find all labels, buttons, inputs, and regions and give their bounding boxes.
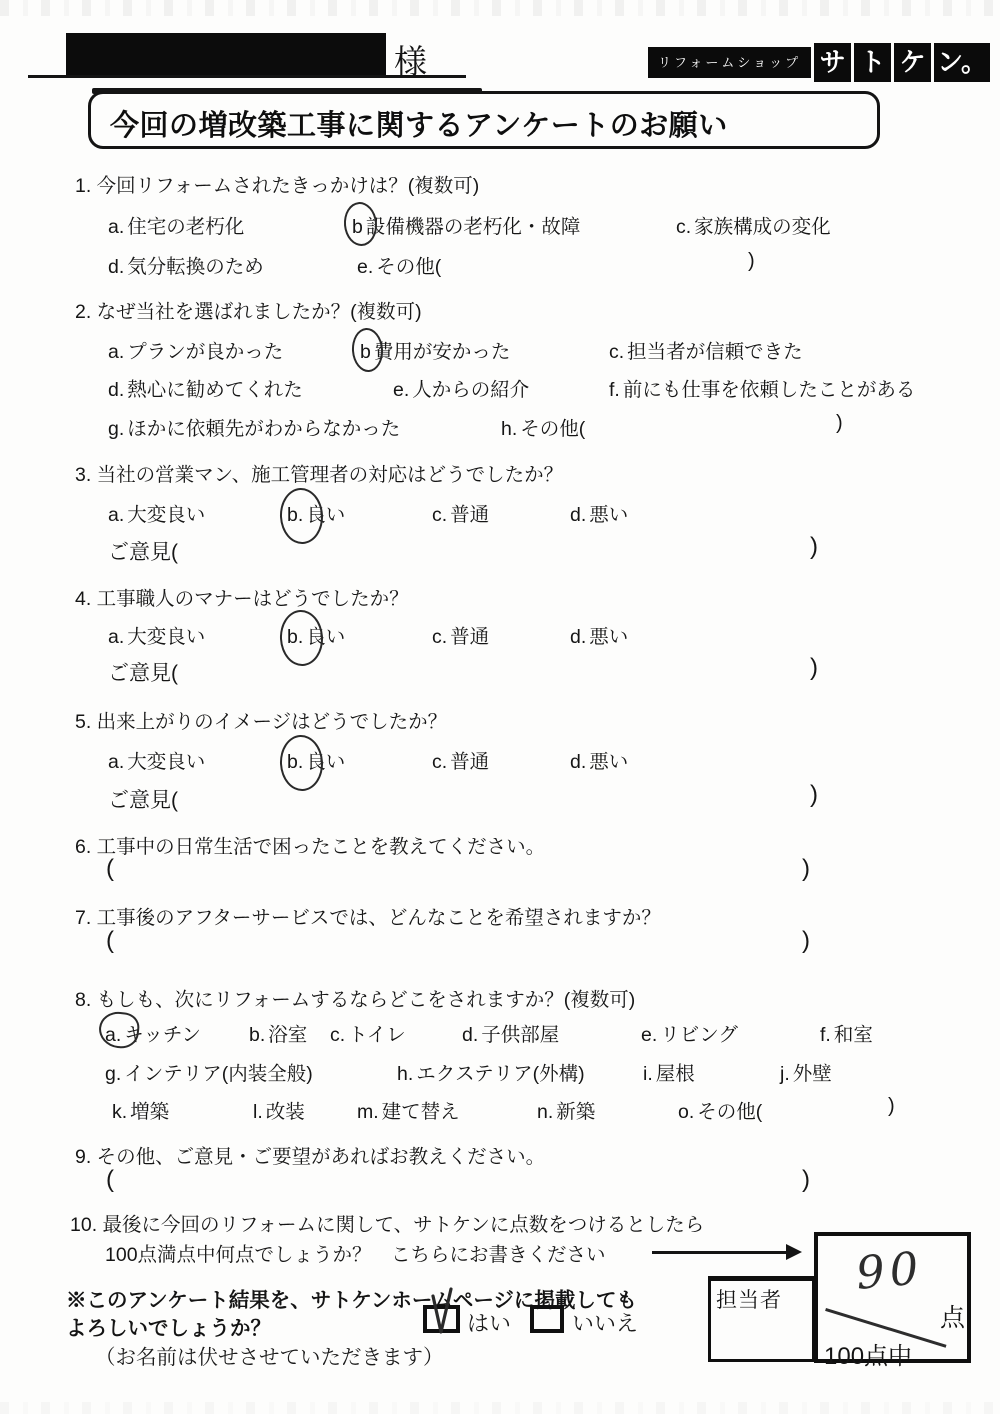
q4-option-d: d.悪い [570,621,628,649]
checkbox-no [530,1305,564,1333]
survey-sheet: 様 リフォームショップ サ ト ケ ン。 今回の増改築工事に関するアンケートのお… [0,0,1000,1414]
q7-open-paren: ( [106,927,114,955]
q8-option-c: c.トイレ [330,1019,406,1047]
question-5-heading: 5. 出来上がりのイメージはどうでしたか？ [75,706,447,734]
q3-opinion-close-paren: ) [810,533,818,561]
q9-close-paren: ) [802,1166,810,1194]
q2-option-e: e.人からの紹介 [393,374,529,402]
q8-option-j: j.外壁 [780,1058,832,1086]
question-3-heading: 3. 当社の営業マン、施工管理者の対応はどうでしたか？ [75,459,563,487]
question-8-heading: 8. もしも、次にリフォームするならどこをされますか？(複数可) [75,984,635,1012]
q1-option-e: e.その他( [357,251,441,279]
arrow-head-icon [786,1244,802,1260]
q8-option-f: f.和室 [820,1019,873,1047]
staff-label: 担当者 [716,1284,782,1314]
checkbox-yes [423,1305,460,1333]
score-unit: 点 [940,1298,965,1334]
q8-other-close-paren: ) [888,1095,895,1118]
q8-option-i: i.屋根 [643,1058,695,1086]
q3-option-a: a.大変良い [108,499,205,527]
q3-opinion-label: ご意見( [108,536,178,566]
q2-option-g: g.ほかに依頼先がわからなかった [108,413,400,441]
q1-other-close-paren: ) [748,250,755,273]
q1-option-c: c.家族構成の変化 [676,211,831,239]
q8-option-o: o.その他( [678,1096,762,1124]
q1-option-b: b設備機器の老朽化・故障 [352,211,580,239]
handwritten-score: 90 [854,1241,926,1300]
q8-option-d: d.子供部屋 [462,1019,559,1047]
q8-option-m: m.建て替え [357,1096,460,1124]
q4-option-b: b.良い [287,621,345,649]
q5-option-d: d.悪い [570,746,628,774]
q5-option-b: b.良い [287,746,345,774]
q5-option-a: a.大変良い [108,746,205,774]
q2-option-a: a.プランが良かった [108,336,283,364]
score-denominator: 100点中 [824,1336,912,1371]
scan-noise-bottom [0,1402,1000,1414]
privacy-note: （お名前は伏せさせていただきます） [95,1340,444,1370]
q3-option-c: c.普通 [432,499,489,527]
logo-tile-4: ン。 [934,43,990,82]
q5-opinion-close-paren: ) [810,781,818,809]
q8-option-n: n.新築 [537,1096,595,1124]
q1-option-d: d.気分転換のため [108,251,264,279]
question-4-heading: 4. 工事職人のマナーはどうでしたか？ [75,583,409,611]
yes-label: はい [467,1307,511,1338]
arrow-icon [652,1251,788,1254]
q4-option-a: a.大変良い [108,621,205,649]
redacted-name-box [66,33,386,78]
question-7-heading: 7. 工事後のアフターサービスでは、どんなことを希望されますか？ [75,902,661,930]
q7-close-paren: ) [802,927,810,955]
q8-option-l: l.改装 [253,1096,305,1124]
question-10-line1: 10. 最後に今回のリフォームに関して、サトケンに点数をつけるとしたら [70,1209,704,1237]
q2-option-f: f.前にも仕事を依頼したことがある [609,374,915,402]
q2-other-close-paren: ) [836,412,843,435]
q6-open-paren: ( [106,855,114,883]
q8-option-b: b.浴室 [249,1019,307,1047]
staff-box: 担当者 [708,1276,815,1362]
no-label: いいえ [572,1307,638,1338]
question-1-heading: 1. 今回リフォームされたきっかけは？(複数可) [75,170,479,198]
q8-option-k: k.増築 [112,1096,169,1124]
question-6-heading: 6. 工事中の日常生活で困ったことを教えてください。 [75,831,545,859]
q3-option-d: d.悪い [570,499,628,527]
logo-prefix: リフォームショップ [648,47,811,78]
page-title: 今回の増改築工事に関するアンケートのお願い [110,103,728,144]
q3-option-b: b.良い [287,499,345,527]
q1-option-a: a.住宅の老朽化 [108,211,244,239]
logo-tile-2: ト [854,43,891,82]
name-underline [28,75,466,78]
publish-note-line2: よろしいでしょうか？ [66,1311,271,1341]
q8-option-h: h.エクステリア(外構) [397,1058,585,1086]
q2-option-c: c.担当者が信頼できた [609,336,803,364]
q8-option-g: g.インテリア(内装全般) [105,1058,313,1086]
q8-option-e: e.リビング [641,1019,738,1047]
q4-option-c: c.普通 [432,621,489,649]
logo-tile-3: ケ [894,43,931,82]
question-9-heading: 9. その他、ご意見・ご要望があればお教えください。 [75,1141,545,1169]
q9-open-paren: ( [106,1166,114,1194]
scan-noise-top [0,0,1000,16]
question-2-heading: 2. なぜ当社を選ばれましたか？(複数可) [75,296,422,324]
q2-option-h: h.その他( [501,413,585,441]
q2-option-d: d.熱心に勧めてくれた [108,374,303,402]
q6-close-paren: ) [802,855,810,883]
q5-opinion-label: ご意見( [108,784,178,814]
q8-option-a: a.キッチン [105,1019,201,1047]
q4-opinion-close-paren: ) [810,654,818,682]
score-box: 90 点 100点中 [814,1232,971,1363]
q5-option-c: c.普通 [432,746,489,774]
logo-tile-1: サ [814,43,851,82]
q2-option-b: b費用が安かった [360,336,510,364]
q4-opinion-label: ご意見( [108,657,178,687]
question-10-line2: 100点満点中何点でしょうか？ こちらにお書きください [105,1239,606,1267]
satoken-logo: リフォームショップ サ ト ケ ン。 [648,42,993,82]
